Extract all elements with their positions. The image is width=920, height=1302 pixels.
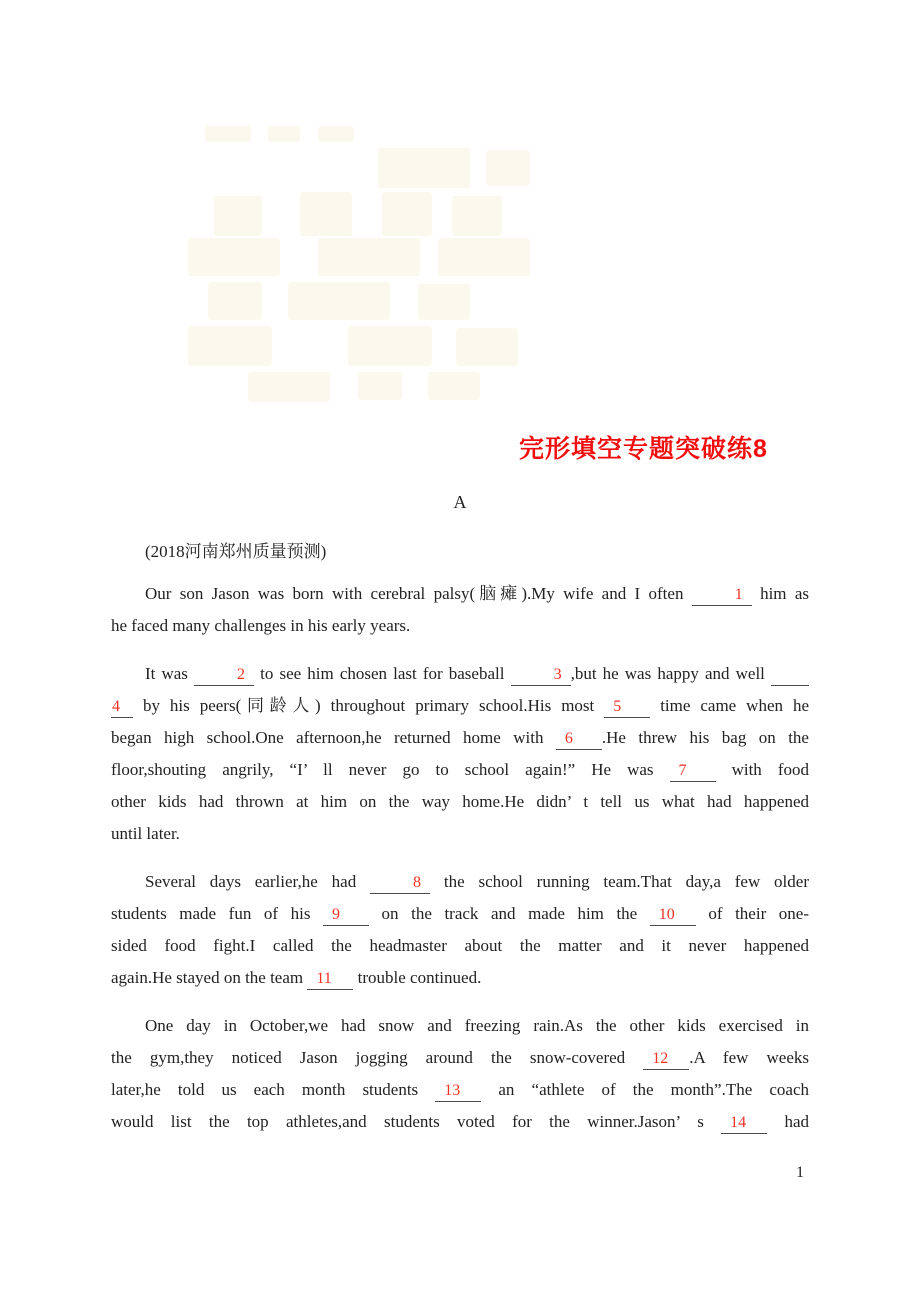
watermark-block	[378, 148, 470, 188]
watermark-block	[438, 238, 530, 276]
text-line: sided food fight.I called the headmaster…	[111, 930, 809, 962]
watermark-block	[214, 196, 262, 236]
blank-11: 11	[307, 968, 353, 990]
watermark-block	[318, 238, 420, 276]
watermark-block	[288, 282, 390, 320]
blank-4-tail	[771, 664, 809, 686]
blank-2: 2	[194, 664, 254, 686]
text-line: Several days earlier,he had 8 the school…	[111, 866, 809, 898]
text-line: he faced many challenges in his early ye…	[111, 610, 809, 642]
text-line: would list the top athletes,and students…	[111, 1106, 809, 1138]
blank-14: 14	[721, 1112, 767, 1134]
text-line: Our son Jason was born with cerebral pal…	[111, 578, 809, 610]
blank-9: 9	[323, 904, 369, 926]
source-note: (2018河南郑州质量预测)	[145, 537, 326, 562]
document-page: 完形填空专题突破练8 A (2018河南郑州质量预测) Our son Jaso…	[0, 0, 920, 1302]
watermark-block	[300, 192, 352, 236]
watermark-block	[348, 326, 432, 366]
text-line: other kids had thrown at him on the way …	[111, 786, 809, 818]
blank-5: 5	[604, 696, 650, 718]
text-line: floor,shouting angrily, “I’ ll never go …	[111, 754, 809, 786]
text-line: until later.	[111, 818, 809, 850]
text-line: 4 by his peers(同龄人) throughout primary s…	[111, 690, 809, 722]
text-line: It was 2 to see him chosen last for base…	[111, 658, 809, 690]
watermark-block	[456, 328, 518, 366]
watermark-block	[208, 282, 262, 320]
watermark-block	[205, 126, 251, 142]
watermark-block	[268, 126, 300, 142]
blank-8: 8	[370, 872, 430, 894]
watermark-block	[418, 284, 470, 320]
watermark-block	[382, 192, 432, 236]
blank-6: 6	[556, 728, 602, 750]
blank-3: 3	[511, 664, 571, 686]
paragraph: Our son Jason was born with cerebral pal…	[111, 578, 809, 642]
watermark-block	[358, 372, 402, 400]
text-line: One day in October,we had snow and freez…	[111, 1010, 809, 1042]
paragraph: It was 2 to see him chosen last for base…	[111, 658, 809, 850]
passage: Our son Jason was born with cerebral pal…	[111, 578, 809, 1138]
section-label: A	[111, 492, 809, 513]
watermark-block	[188, 326, 272, 366]
text-line: students made fun of his 9 on the track …	[111, 898, 809, 930]
blank-7: 7	[670, 760, 716, 782]
blank-1: 1	[692, 584, 752, 606]
page-number: 1	[796, 1164, 804, 1182]
blank-4-head: 4	[111, 696, 133, 718]
paragraph: Several days earlier,he had 8 the school…	[111, 866, 809, 994]
watermark-block	[452, 196, 502, 236]
watermark-block	[318, 126, 354, 142]
text-line: began high school.One afternoon,he retur…	[111, 722, 809, 754]
text-line: later,he told us each month students 13 …	[111, 1074, 809, 1106]
blank-12: 12	[643, 1048, 689, 1070]
blank-13: 13	[435, 1080, 481, 1102]
watermark-block	[428, 372, 480, 400]
page-title: 完形填空专题突破练8	[519, 429, 768, 465]
paragraph: One day in October,we had snow and freez…	[111, 1010, 809, 1138]
watermark-block	[248, 372, 330, 402]
blank-10: 10	[650, 904, 696, 926]
text-line: the gym,they noticed Jason jogging aroun…	[111, 1042, 809, 1074]
watermark-block	[486, 150, 530, 186]
text-line: again.He stayed on the team 11 trouble c…	[111, 962, 809, 994]
watermark-block	[188, 238, 280, 276]
